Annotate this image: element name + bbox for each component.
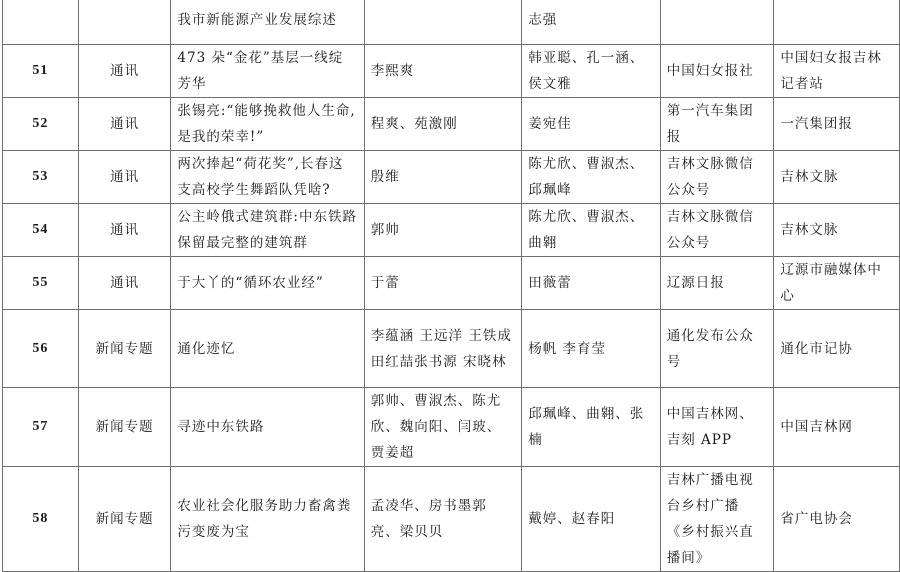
cell-authors xyxy=(364,0,521,45)
cell-media: 中国妇女报社 xyxy=(660,45,774,98)
cell-recommender: 吉林文脉 xyxy=(774,204,900,257)
cell-type: 通讯 xyxy=(78,204,171,257)
cell-title: 农业社会化服务助力畜禽粪污变废为宝 xyxy=(171,467,364,524)
cell-type xyxy=(78,0,171,45)
cell-authors: 李熙爽 xyxy=(364,45,521,98)
cell-type: 通讯 xyxy=(78,45,171,98)
table-row: 57 新闻专题 寻迹中东铁路 郭帅、曹淑杰、陈尤欣、魏向阳、闫玻、贾姜超 邱珮峰… xyxy=(3,388,900,467)
cell-editors: 姜宛佳 xyxy=(522,98,661,151)
cell-editors: 韩亚聪、孔一涵、侯文雅 xyxy=(522,45,661,98)
cell-no: 55 xyxy=(3,257,79,310)
cell-no: 57 xyxy=(3,388,79,467)
cell-authors: 郭帅、曹淑杰、陈尤欣、魏向阳、闫玻、贾姜超 xyxy=(364,388,521,467)
table-row: 51 通讯 473 朵“金花”基层一线绽芳华 李熙爽 韩亚聪、孔一涵、侯文雅 中… xyxy=(3,45,900,98)
cell-no: 58 xyxy=(3,467,79,524)
table-row: 55 通讯 于大丫的“循环农业经” 于蕾 田薇蕾 辽源日报 辽源市融媒体中心 xyxy=(3,257,900,310)
table-row: 53 通讯 两次捧起“荷花奖”,长春这支高校学生舞蹈队凭啥? 殷维 陈尤欣、曹淑… xyxy=(3,151,900,204)
cell-editors: 陈尤欣、曹淑杰、曲翱 xyxy=(522,204,661,257)
cell-media: 吉林文脉微信公众号 xyxy=(660,204,774,257)
awards-table: 我市新能源产业发展综述 志强 51 通讯 473 朵“金花”基层一线绽芳华 李熙… xyxy=(2,0,900,523)
cell-authors: 郭帅 xyxy=(364,204,521,257)
cell-recommender: 辽源市融媒体中心 xyxy=(774,257,900,310)
cell-editors: 戴婷、赵春阳 xyxy=(522,467,661,524)
cell-authors: 孟凌华、房书墨郭亮、梁贝贝 xyxy=(364,467,521,524)
cell-editors: 志强 xyxy=(522,0,661,45)
cell-type: 通讯 xyxy=(78,98,171,151)
cell-recommender: 一汽集团报 xyxy=(774,98,900,151)
cell-recommender: 省广电协会 xyxy=(774,467,900,524)
cell-type: 新闻专题 xyxy=(78,388,171,467)
cell-media xyxy=(660,0,774,45)
cell-media: 吉林广播电视台乡村广播《乡村振兴直播间》 xyxy=(660,467,774,524)
cell-no: 56 xyxy=(3,310,79,388)
cell-recommender: 中国吉林网 xyxy=(774,388,900,467)
table-row: 52 通讯 张锡亮:“能够挽救他人生命,是我的荣幸!” 程爽、苑激刚 姜宛佳 第… xyxy=(3,98,900,151)
cell-authors: 程爽、苑激刚 xyxy=(364,98,521,151)
cell-type: 通讯 xyxy=(78,151,171,204)
cell-editors: 邱珮峰、曲翱、张楠 xyxy=(522,388,661,467)
cell-recommender: 通化市记协 xyxy=(774,310,900,388)
cell-recommender xyxy=(774,0,900,45)
cell-title: 于大丫的“循环农业经” xyxy=(171,257,364,310)
cell-media: 吉林文脉微信公众号 xyxy=(660,151,774,204)
cell-title: 张锡亮:“能够挽救他人生命,是我的荣幸!” xyxy=(171,98,364,151)
cell-title: 寻迹中东铁路 xyxy=(171,388,364,467)
table-row: 54 通讯 公主岭俄式建筑群:中东铁路保留最完整的建筑群 郭帅 陈尤欣、曹淑杰、… xyxy=(3,204,900,257)
table-row: 56 新闻专题 通化迹忆 李蕴涵 王远洋 王铁成 田红喆张书源 宋晓林 杨帆 李… xyxy=(3,310,900,388)
cell-media: 通化发布公众号 xyxy=(660,310,774,388)
cell-no: 53 xyxy=(3,151,79,204)
cell-no: 54 xyxy=(3,204,79,257)
cell-title: 473 朵“金花”基层一线绽芳华 xyxy=(171,45,364,98)
cell-title: 公主岭俄式建筑群:中东铁路保留最完整的建筑群 xyxy=(171,204,364,257)
cell-editors: 杨帆 李育莹 xyxy=(522,310,661,388)
cell-type: 通讯 xyxy=(78,257,171,310)
cell-no: 52 xyxy=(3,98,79,151)
cell-media: 第一汽车集团报 xyxy=(660,98,774,151)
cell-type: 新闻专题 xyxy=(78,310,171,388)
cell-title: 两次捧起“荷花奖”,长春这支高校学生舞蹈队凭啥? xyxy=(171,151,364,204)
cell-authors: 殷维 xyxy=(364,151,521,204)
cell-recommender: 中国妇女报吉林记者站 xyxy=(774,45,900,98)
cell-no: 51 xyxy=(3,45,79,98)
cell-title: 通化迹忆 xyxy=(171,310,364,388)
cell-authors: 李蕴涵 王远洋 王铁成 田红喆张书源 宋晓林 xyxy=(364,310,521,388)
cell-no xyxy=(3,0,79,45)
cell-recommender: 吉林文脉 xyxy=(774,151,900,204)
document-page: 我市新能源产业发展综述 志强 51 通讯 473 朵“金花”基层一线绽芳华 李熙… xyxy=(0,0,900,523)
table-row: 58 新闻专题 农业社会化服务助力畜禽粪污变废为宝 孟凌华、房书墨郭亮、梁贝贝 … xyxy=(3,467,900,524)
cell-type: 新闻专题 xyxy=(78,467,171,524)
cell-media: 中国吉林网、吉刻 APP xyxy=(660,388,774,467)
cell-authors: 于蕾 xyxy=(364,257,521,310)
cell-editors: 陈尤欣、曹淑杰、邱珮峰 xyxy=(522,151,661,204)
cell-editors: 田薇蕾 xyxy=(522,257,661,310)
table-row: 我市新能源产业发展综述 志强 xyxy=(3,0,900,45)
cell-title: 我市新能源产业发展综述 xyxy=(171,0,364,45)
cell-media: 辽源日报 xyxy=(660,257,774,310)
